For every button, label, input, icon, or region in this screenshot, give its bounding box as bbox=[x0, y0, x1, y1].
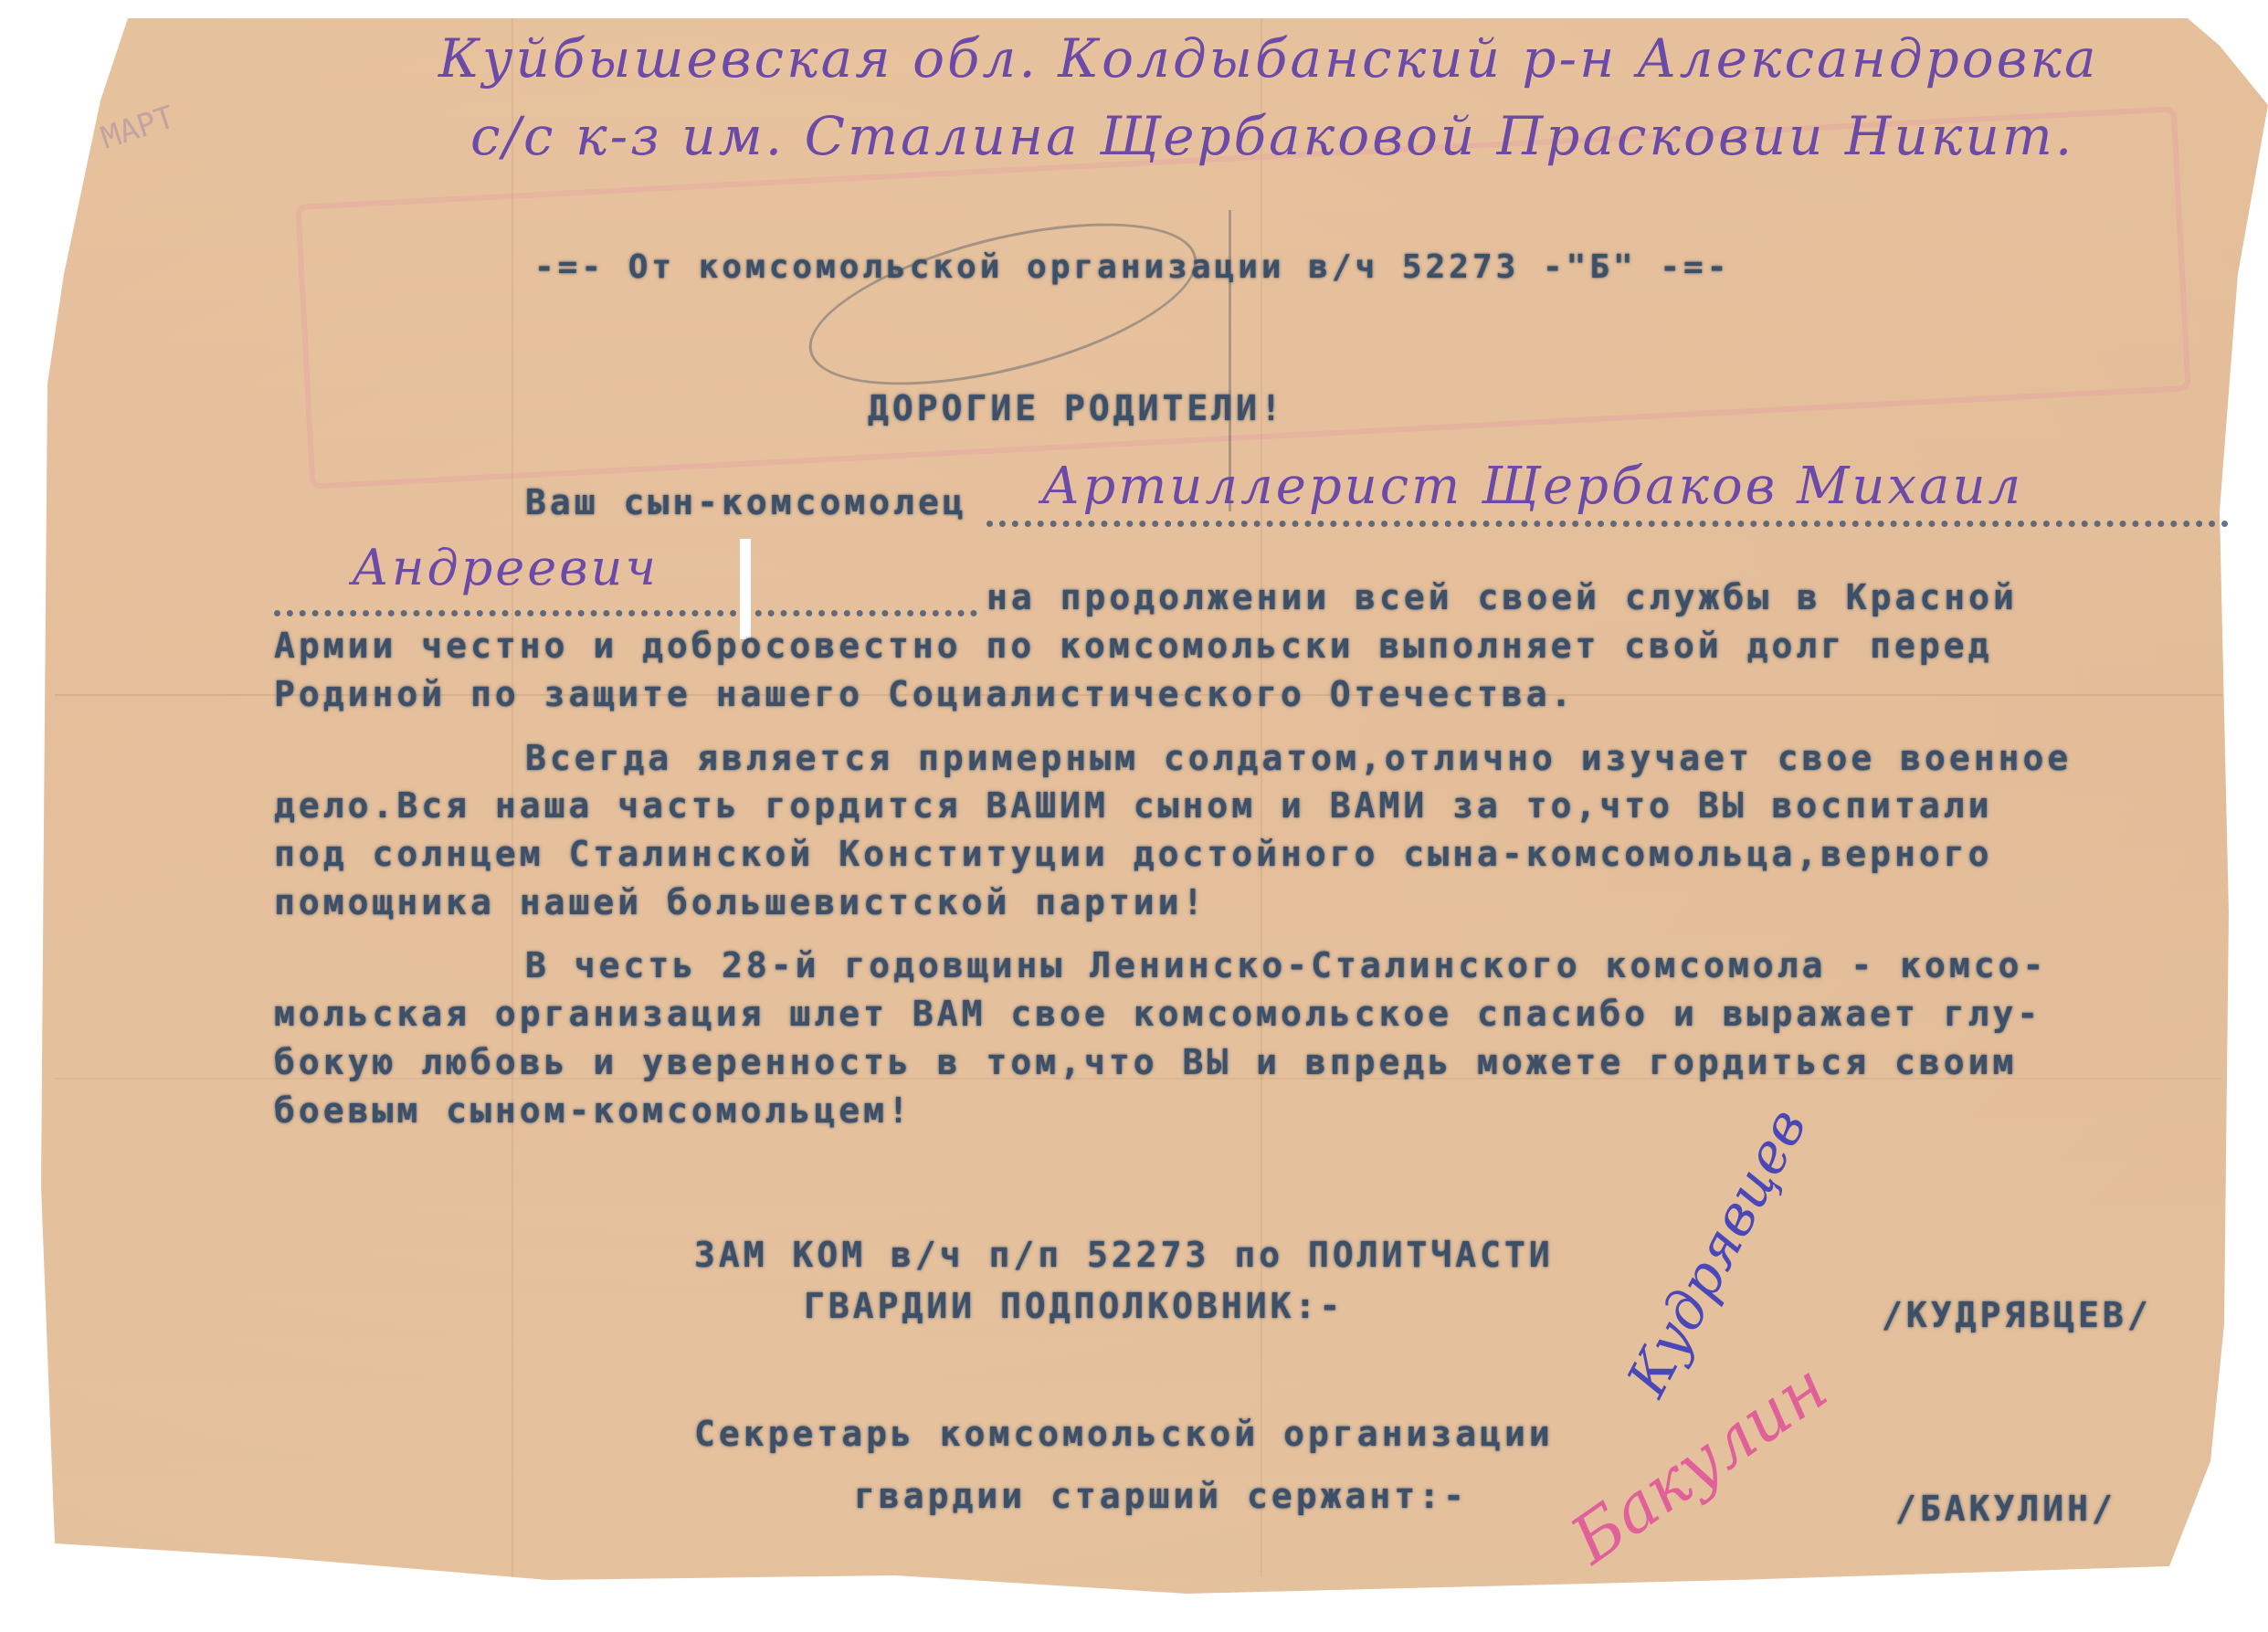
address-line-1: Куйбышевская обл. Колдыбанский р-н Алекс… bbox=[438, 27, 2099, 89]
body-line: бокую любовь и уверенность в том,что ВЫ … bbox=[274, 1042, 2017, 1082]
body-line: В честь 28-й годовщины Ленинско-Сталинск… bbox=[525, 945, 2047, 985]
signatory-1-name: /КУДРЯВЦЕВ/ bbox=[1882, 1295, 2152, 1335]
dotted-fill-line bbox=[986, 521, 2229, 527]
body-line: Армии честно и добросовестно по комсомол… bbox=[274, 626, 1992, 666]
soldier-patronymic-handwritten: Андреевич bbox=[352, 539, 659, 596]
faint-stamp-text: МАРТ bbox=[97, 99, 179, 156]
signatory-2-name: /БАКУЛИН/ bbox=[1895, 1489, 2116, 1529]
body-line: на продолжении всей своей службы в Красн… bbox=[986, 577, 2018, 617]
body-line: Родиной по защите нашего Социалистическо… bbox=[274, 674, 1576, 714]
body-line: боевым сыном-комсомольцем! bbox=[274, 1090, 912, 1131]
header-organization: -=- От комсомольской организации в/ч 522… bbox=[534, 248, 1730, 286]
body-intro-typed: Ваш сын-комсомолец bbox=[525, 482, 967, 522]
dotted-fill-line bbox=[274, 610, 977, 616]
signatory-2-rank: гвардии старший сержант:- bbox=[854, 1476, 1468, 1516]
body-line: под солнцем Сталинской Конституции досто… bbox=[274, 834, 1992, 874]
paper-tear bbox=[740, 539, 751, 639]
body-line: Всегда является примерным солдатом,отлич… bbox=[525, 738, 2072, 778]
soldier-name-handwritten: Артиллерист Щербаков Михаил bbox=[1041, 457, 2023, 516]
salutation: ДОРОГИЕ РОДИТЕЛИ! bbox=[868, 388, 1285, 428]
body-line: мольская организация шлет ВАМ свое комсо… bbox=[274, 994, 2041, 1034]
signatory-2-title: Секретарь комсомольской организации bbox=[694, 1414, 1554, 1454]
address-line-2: с/с к-з им. Сталина Щербаковой Прасковии… bbox=[470, 105, 2074, 167]
signatory-1-title: ЗАМ КОМ в/ч п/п 52273 по ПОЛИТЧАСТИ bbox=[694, 1235, 1554, 1275]
body-line: дело.Вся наша часть гордится ВАШИМ сыном… bbox=[274, 785, 1992, 826]
signatory-1-rank: ГВАРДИИ ПОДПОЛКОВНИК:- bbox=[804, 1286, 1344, 1326]
body-line: помощника нашей большевистской партии! bbox=[274, 882, 1207, 922]
